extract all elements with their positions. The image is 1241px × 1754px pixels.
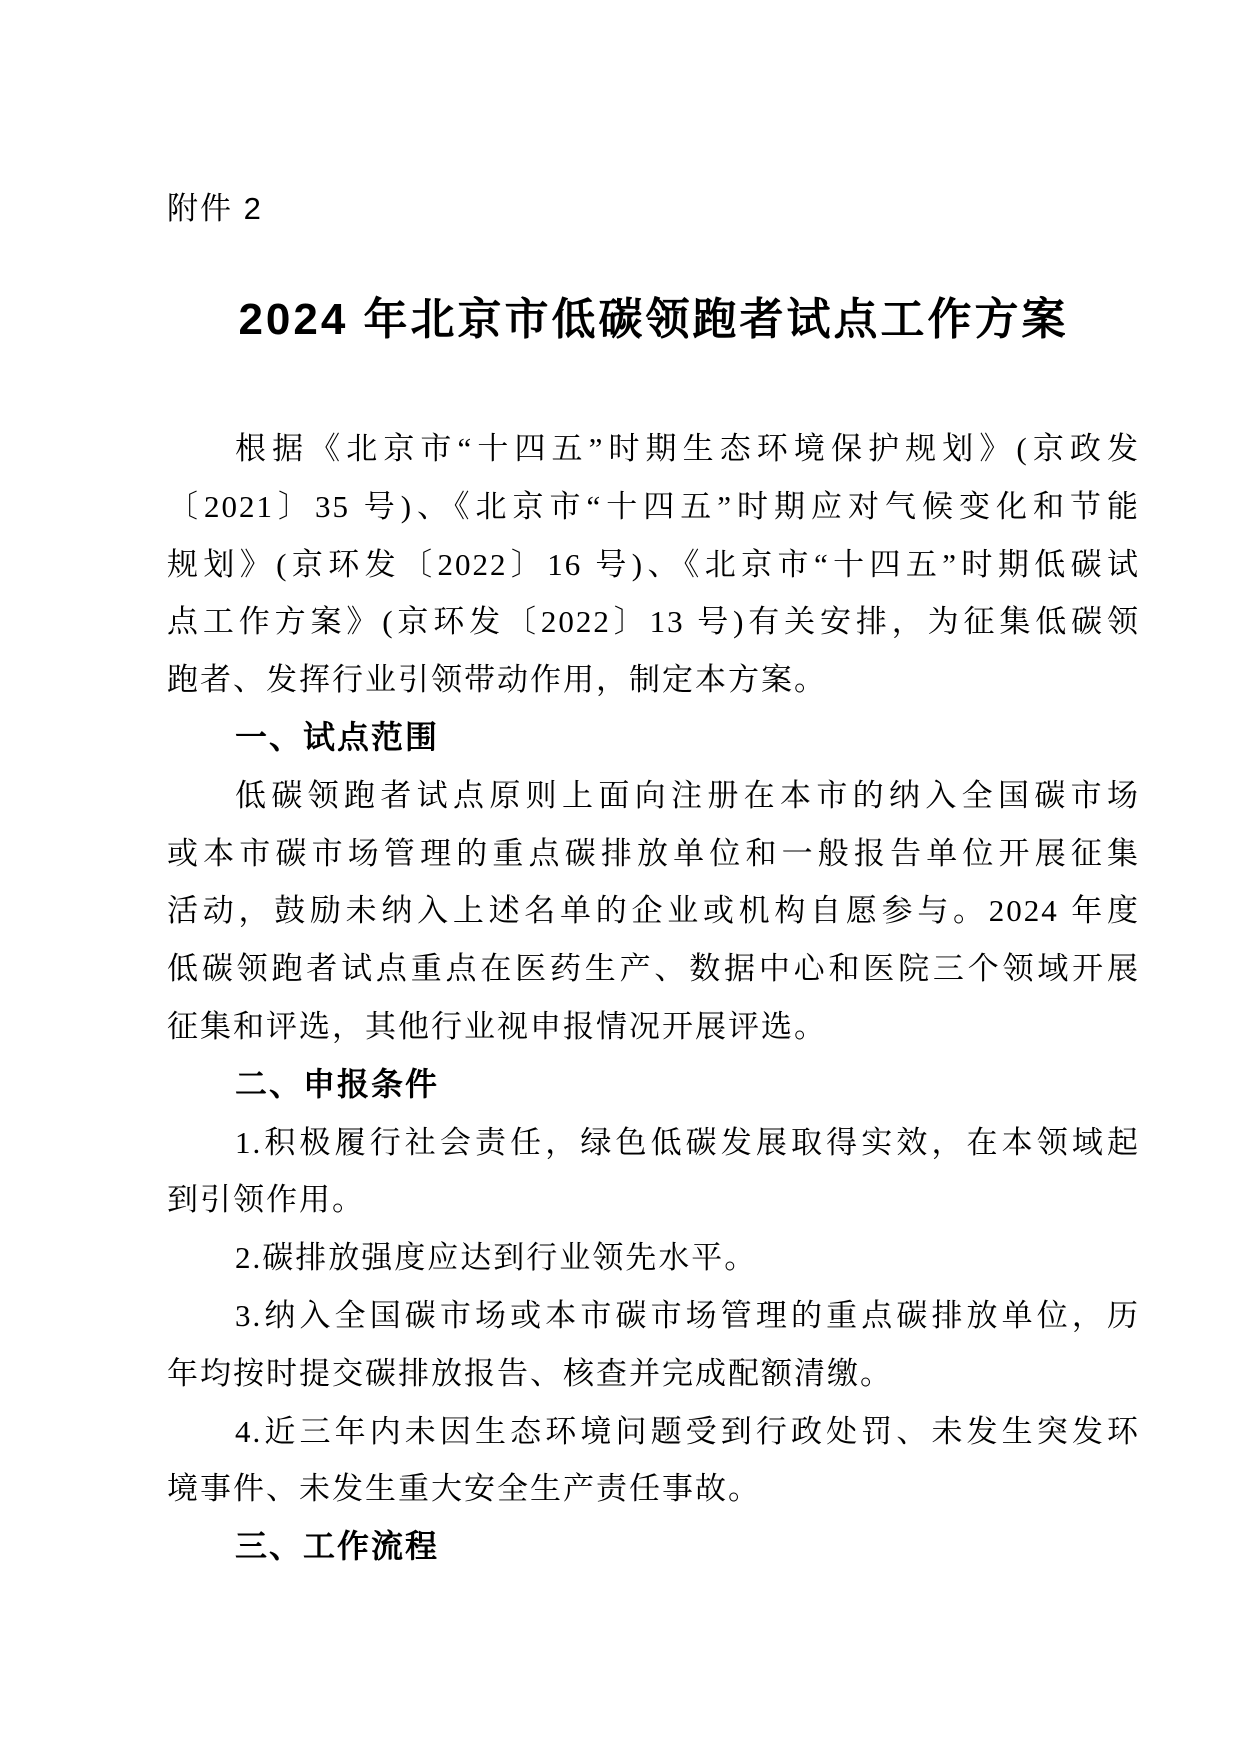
text-line: 〔2021〕35 号)、《北京市“十四五”时期应对气候变化和节能: [167, 478, 1140, 536]
document-body: 根据《北京市“十四五”时期生态环境保护规划》(京政发〔2021〕35 号)、《北…: [167, 420, 1140, 1576]
text-line: 1.积极履行社会责任，绿色低碳发展取得实效，在本领域起: [167, 1114, 1140, 1172]
paragraph: 低碳领跑者试点原则上面向注册在本市的纳入全国碳市场或本市碳市场管理的重点碳排放单…: [167, 767, 1140, 1056]
text-line: 活动，鼓励未纳入上述名单的企业或机构自愿参与。2024 年度: [167, 882, 1140, 940]
section-heading: 一、试点范围: [167, 709, 1140, 767]
text-line: 低碳领跑者试点重点在医药生产、数据中心和医院三个领域开展: [167, 940, 1140, 998]
text-line: 4.近三年内未因生态环境问题受到行政处罚、未发生突发环: [167, 1403, 1140, 1461]
text-line: 到引领作用。: [167, 1171, 1140, 1229]
attachment-label: 附件 2: [167, 191, 263, 227]
text-line: 3.纳入全国碳市场或本市碳市场管理的重点碳排放单位，历: [167, 1287, 1140, 1345]
paragraph: 3.纳入全国碳市场或本市碳市场管理的重点碳排放单位，历年均按时提交碳排放报告、核…: [167, 1287, 1140, 1403]
text-line: 低碳领跑者试点原则上面向注册在本市的纳入全国碳市场: [167, 767, 1140, 825]
paragraph: 2.碳排放强度应达到行业领先水平。: [167, 1229, 1140, 1287]
paragraph: 4.近三年内未因生态环境问题受到行政处罚、未发生突发环境事件、未发生重大安全生产…: [167, 1403, 1140, 1519]
text-line: 境事件、未发生重大安全生产责任事故。: [167, 1460, 1140, 1518]
text-line: 年均按时提交碳排放报告、核查并完成配额清缴。: [167, 1345, 1140, 1403]
document-page: 附件 2 2024 年北京市低碳领跑者试点工作方案 根据《北京市“十四五”时期生…: [0, 0, 1241, 1754]
section-heading: 二、申报条件: [167, 1056, 1140, 1114]
text-line: 或本市碳市场管理的重点碳排放单位和一般报告单位开展征集: [167, 825, 1140, 883]
text-line: 征集和评选，其他行业视申报情况开展评选。: [167, 998, 1140, 1056]
text-line: 2.碳排放强度应达到行业领先水平。: [167, 1229, 1140, 1287]
text-line: 跑者、发挥行业引领带动作用，制定本方案。: [167, 651, 1140, 709]
paragraph: 1.积极履行社会责任，绿色低碳发展取得实效，在本领域起到引领作用。: [167, 1114, 1140, 1230]
text-line: 规划》(京环发〔2022〕16 号)、《北京市“十四五”时期低碳试: [167, 536, 1140, 594]
text-line: 根据《北京市“十四五”时期生态环境保护规划》(京政发: [167, 420, 1140, 478]
paragraph: 根据《北京市“十四五”时期生态环境保护规划》(京政发〔2021〕35 号)、《北…: [167, 420, 1140, 709]
text-line: 点工作方案》(京环发〔2022〕13 号)有关安排，为征集低碳领: [167, 593, 1140, 651]
section-heading: 三、工作流程: [167, 1518, 1140, 1576]
document-title: 2024 年北京市低碳领跑者试点工作方案: [167, 294, 1140, 346]
